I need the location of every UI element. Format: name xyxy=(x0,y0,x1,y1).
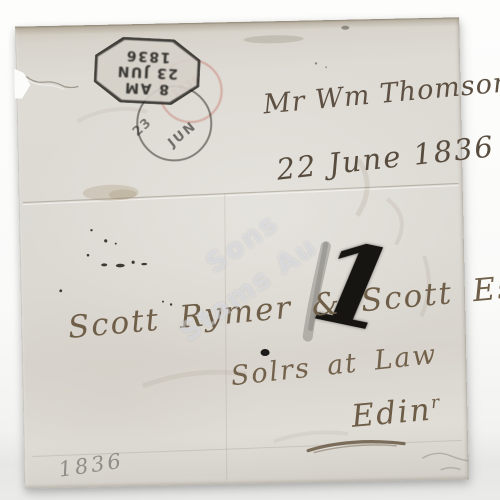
docket-name: Mr Wm Thomson — xyxy=(262,64,500,121)
pencil-year-note: 1836 xyxy=(57,449,125,482)
address-city: Edinr xyxy=(350,391,443,435)
octagonal-datestamp: 8 AM 23 JUN 1836 xyxy=(93,35,202,106)
tear-line xyxy=(26,75,78,90)
photo-watermark-fragment-1: Sons xyxy=(200,207,284,279)
octagonal-datestamp-face: 8 AM 23 JUN 1836 xyxy=(96,39,199,104)
octagon-line-year: 1836 xyxy=(125,46,171,64)
letter-front: 1836 23 JUN 8 AM 23 JUN 1836 Mr Wm Thoms… xyxy=(15,17,469,488)
docket-date: 22 June 1836 xyxy=(275,129,497,186)
address-line-1: Scott Rymer & Scott Esq xyxy=(66,267,500,346)
photo-background: 1836 23 JUN 8 AM 23 JUN 1836 Mr Wm Thoms… xyxy=(0,0,500,500)
address-city-base: Edin xyxy=(350,392,433,435)
pencil-squiggles xyxy=(422,453,469,471)
circular-datestamp-day: 23 xyxy=(130,115,155,140)
edin-underline xyxy=(308,441,404,453)
torn-edge-notch xyxy=(14,68,31,98)
circular-datestamp-month: JUN xyxy=(165,119,199,151)
address-city-superscript: r xyxy=(430,392,442,413)
